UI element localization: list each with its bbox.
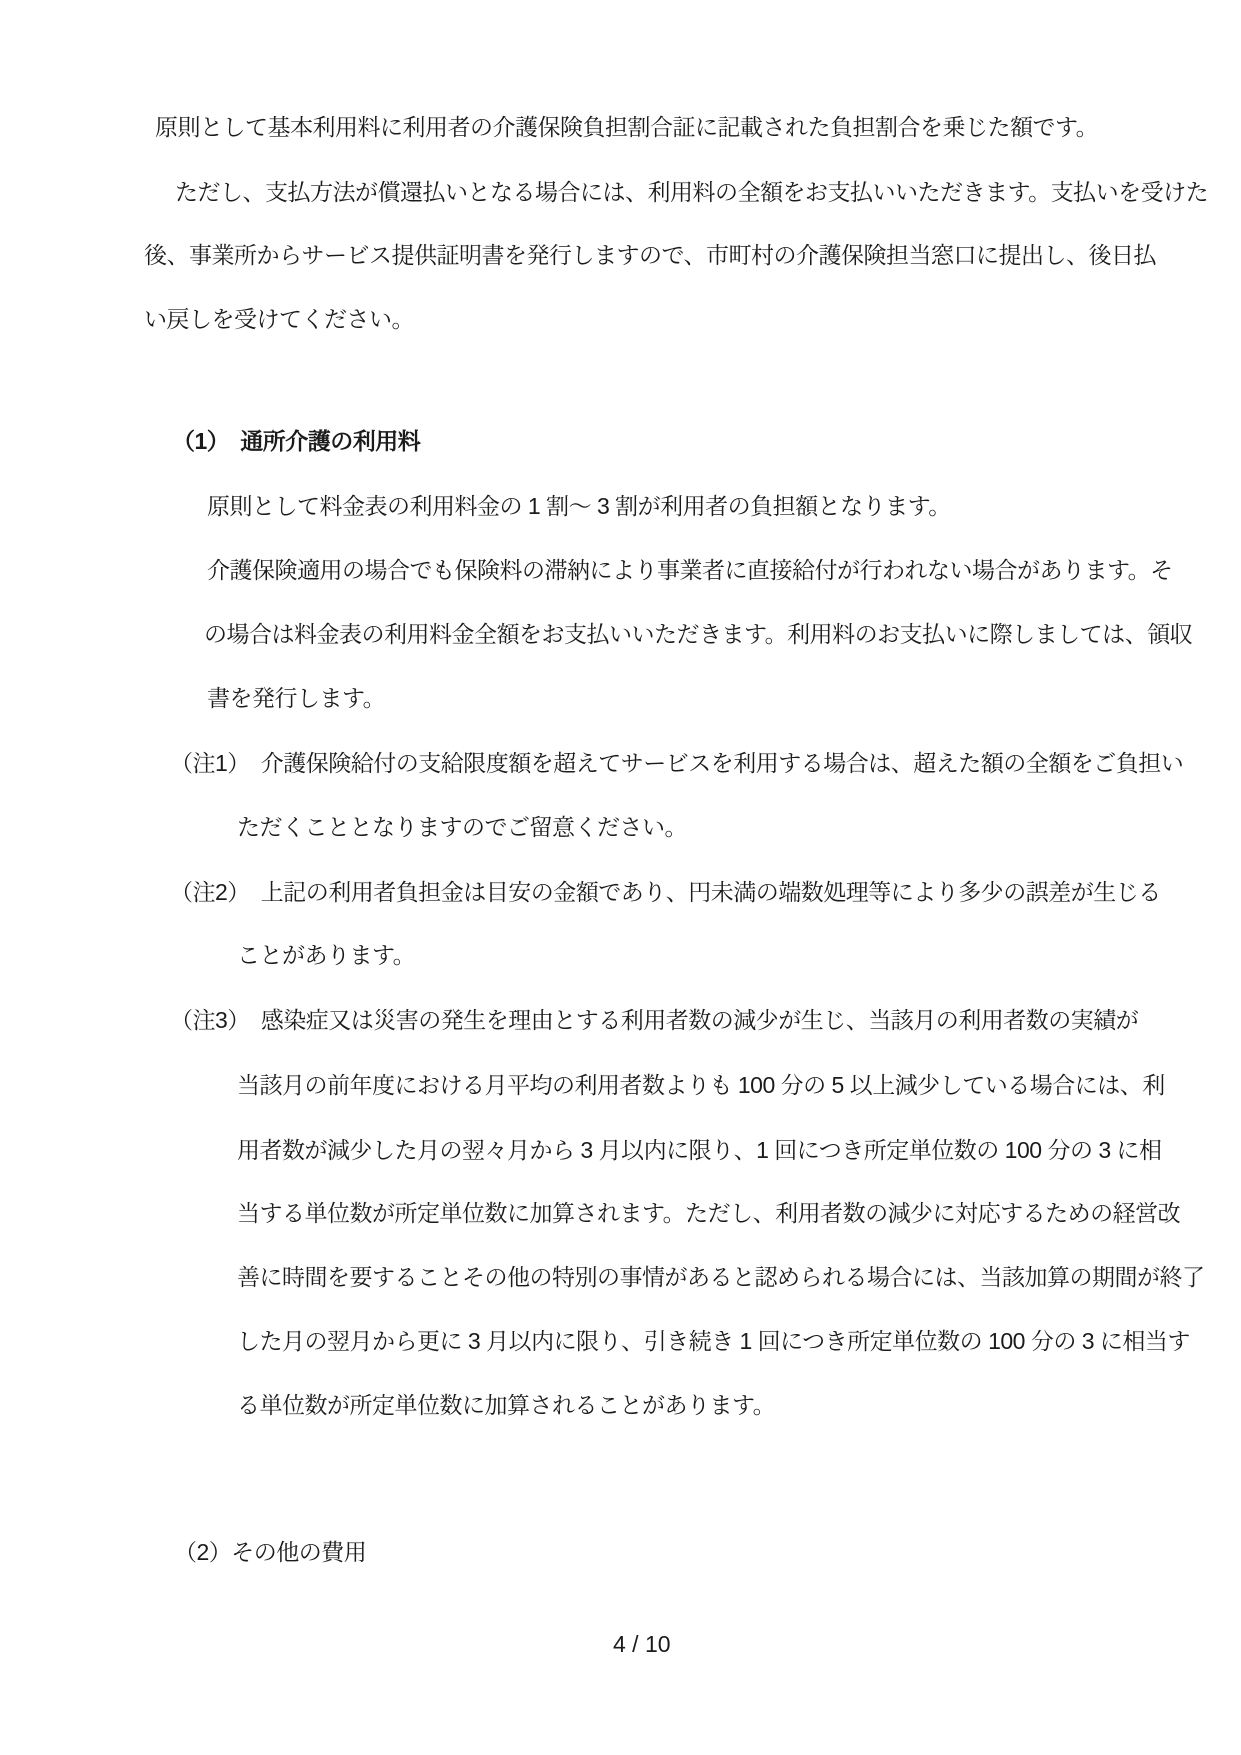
note-3-line-5: 善に時間を要することその他の特別の事情があると認められる場合には、当該加算の期間… xyxy=(237,1262,1205,1292)
intro-line-3: 後、事業所からサービス提供証明書を発行しますので、市町村の介護保険担当窓口に提出… xyxy=(144,240,1156,270)
intro-line-2: ただし、支払方法が償還払いとなる場合には、利用料の全額をお支払いいただきます。支… xyxy=(175,177,1208,207)
section-1-body-line-1: 原則として料金表の利用料金の 1 割～ 3 割が利用者の負担額となります。 xyxy=(207,491,951,521)
intro-line-4: い戻しを受けてください。 xyxy=(144,304,414,334)
note-2-line-2: ことがあります。 xyxy=(237,940,415,970)
section-1-body-line-4: 書を発行します。 xyxy=(207,683,385,713)
section-2-heading: （2）その他の費用 xyxy=(174,1537,366,1567)
note-3-line-3: 用者数が減少した月の翌々月から 3 月以内に限り、1 回につき所定単位数の 10… xyxy=(237,1135,1162,1165)
section-1-body-line-3: の場合は料金表の利用料金全額をお支払いいただきます。利用料のお支払いに際しまして… xyxy=(204,619,1192,649)
page-number: 4 / 10 xyxy=(613,1630,671,1658)
section-1-heading: （1） 通所介護の利用料 xyxy=(172,426,420,456)
note-3-line-6: した月の翌月から更に 3 月以内に限り、引き続き 1 回につき所定単位数の 10… xyxy=(237,1326,1190,1356)
note-3-line-2: 当該月の前年度における月平均の利用者数よりも 100 分の 5 以上減少している… xyxy=(237,1070,1165,1100)
note-2-line-1: （注2） 上記の利用者負担金は目安の金額であり、円未満の端数処理等により多少の誤… xyxy=(170,877,1161,907)
note-3-line-7: る単位数が所定単位数に加算されることがあります。 xyxy=(237,1390,775,1420)
note-1-line-2: ただくこととなりますのでご留意ください。 xyxy=(237,812,687,842)
note-1-line-1: （注1） 介護保険給付の支給限度額を超えてサービスを利用する場合は、超えた額の全… xyxy=(170,748,1183,778)
document-page: 原則として基本利用料に利用者の介護保険負担割合証に記載された負担割合を乗じた額で… xyxy=(0,0,1241,1755)
section-1-body-line-2: 介護保険適用の場合でも保険料の滞納により事業者に直接給付が行われない場合がありま… xyxy=(207,555,1173,585)
note-3-line-1: （注3） 感染症又は災害の発生を理由とする利用者数の減少が生じ、当該月の利用者数… xyxy=(170,1005,1138,1035)
note-3-line-4: 当する単位数が所定単位数に加算されます。ただし、利用者数の減少に対応するための経… xyxy=(237,1198,1180,1228)
intro-line-1: 原則として基本利用料に利用者の介護保険負担割合証に記載された負担割合を乗じた額で… xyxy=(155,112,1098,142)
